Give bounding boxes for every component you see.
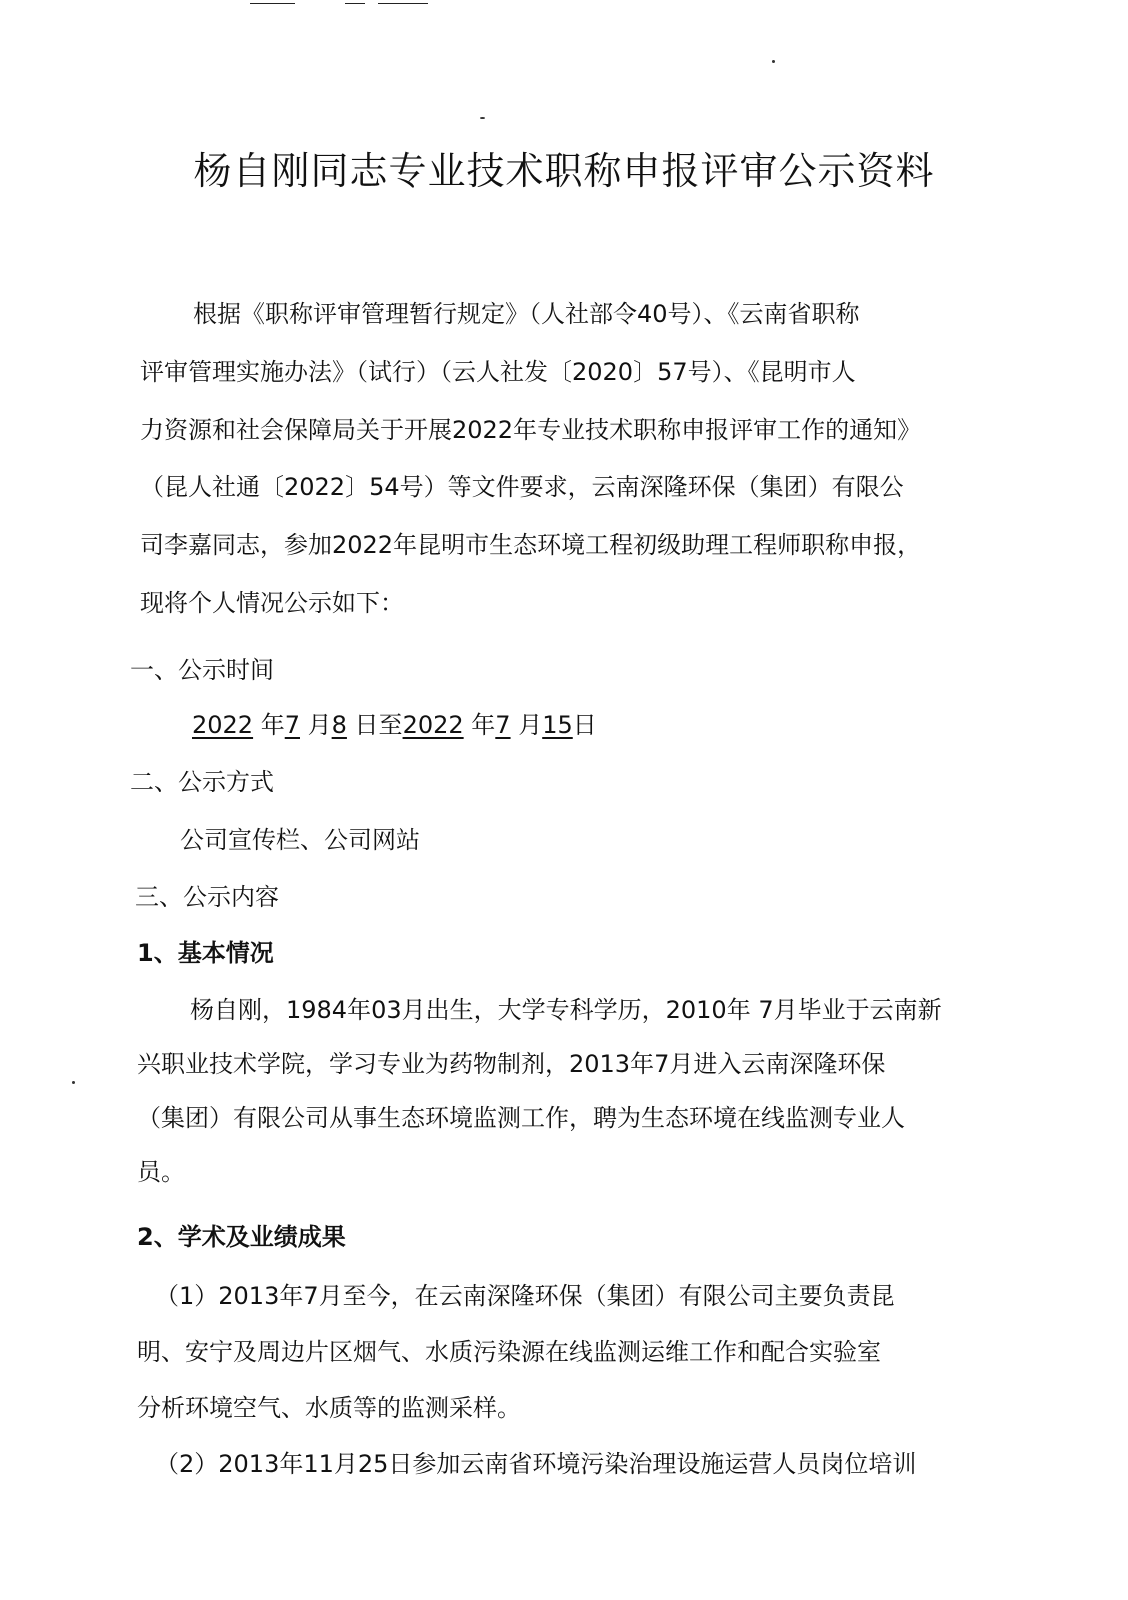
start-day: 8: [332, 711, 347, 739]
end-year: 2022: [403, 711, 464, 739]
end-month: 7: [495, 711, 510, 739]
start-month: 7: [285, 711, 300, 739]
year-label: 年: [464, 711, 496, 739]
section-heading-time: 一、公示时间: [130, 650, 274, 685]
day-label: 日: [573, 711, 597, 739]
scan-artifact-line: [345, 3, 365, 4]
document-title: 杨自刚同志专业技术职称申报评审公示资料: [0, 140, 1128, 195]
section-heading-method: 二、公示方式: [130, 762, 274, 797]
basic-info-line: 兴职业技术学院，学习专业为药物制剂，2013年7月进入云南深隆环保: [137, 1044, 885, 1079]
achievement-line: 明、安宁及周边片区烟气、水质污染源在线监测运维工作和配合实验室: [137, 1332, 881, 1367]
achievement-line: （2）2013年11月25日参加云南省环境污染治理设施运营人员岗位培训: [155, 1444, 916, 1479]
scan-artifact-dot: [772, 60, 775, 63]
achievement-line: （1）2013年7月至今，在云南深隆环保（集团）有限公司主要负责昆: [155, 1276, 895, 1311]
achievement-line: 分析环境空气、水质等的监测采样。: [137, 1388, 521, 1423]
publicity-method: 公司宣传栏、公司网站: [180, 820, 420, 855]
month-label: 月: [300, 711, 332, 739]
start-year: 2022: [192, 711, 253, 739]
day-label: 日至: [347, 711, 403, 739]
basic-info-line: 员。: [137, 1152, 185, 1187]
scan-artifact-dot: [72, 1081, 75, 1084]
month-label: 月: [511, 711, 543, 739]
end-day: 15: [542, 711, 573, 739]
subsection-heading-achievements: 2、学术及业绩成果: [137, 1217, 346, 1252]
basic-info-line: 杨自刚，1984年03月出生，大学专科学历，2010年 7月毕业于云南新: [190, 990, 942, 1025]
year-label: 年: [253, 711, 285, 739]
intro-line: 评审管理实施办法》（试行）（云人社发〔2020〕57号）、《昆明市人: [140, 352, 856, 387]
intro-line: 力资源和社会保障局关于开展2022年专业技术职称申报评审工作的通知》: [140, 410, 921, 445]
basic-info-line: （集团）有限公司从事生态环境监测工作，聘为生态环境在线监测专业人: [137, 1098, 905, 1133]
publicity-date-range: 2022 年7 月8 日至2022 年7 月15日: [192, 705, 597, 740]
intro-line: 现将个人情况公示如下：: [140, 583, 404, 618]
intro-line: 根据《职称评审管理暂行规定》（人社部令40号）、《云南省职称: [193, 294, 860, 329]
intro-line: 司李嘉同志，参加2022年昆明市生态环境工程初级助理工程师职称申报，: [140, 525, 921, 560]
intro-line: （昆人社通〔2022〕54号）等文件要求，云南深隆环保（集团）有限公: [140, 467, 904, 502]
section-heading-content: 三、公示内容: [135, 877, 279, 912]
scan-artifact-line: [378, 3, 428, 4]
scan-artifact-dot: [480, 117, 485, 119]
scan-artifact-line: [250, 3, 295, 4]
subsection-heading-basic: 1、基本情况: [137, 933, 274, 968]
